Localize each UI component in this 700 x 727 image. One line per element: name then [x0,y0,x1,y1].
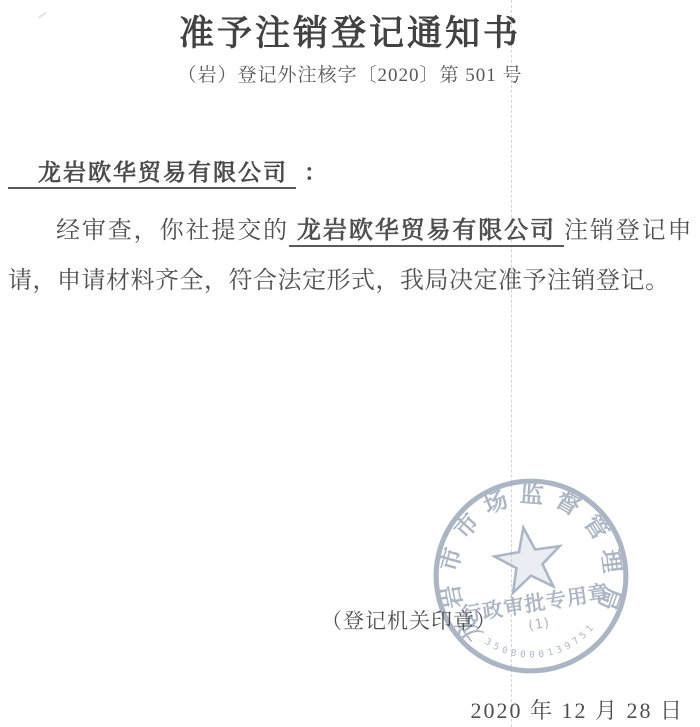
doc-number: （岩）登记外注核字〔2020〕第 501 号 [0,60,700,87]
page-title: 准予注销登记通知书 [0,6,700,56]
addressee-line: 龙岩欧华贸易有限公司： [8,154,327,187]
body-paragraph: 经审查，你社提交的龙岩欧华贸易有限公司注销登记申请，申请材料齐全，符合法定形式，… [8,206,692,306]
addressee-company-name: 龙岩欧华贸易有限公司 [8,160,296,189]
body-company-name: 龙岩欧华贸易有限公司 [289,218,564,247]
body-text-before: 经审查，你社提交的 [56,218,289,244]
addressee-colon: ： [304,160,327,185]
issue-date: 2020 年 12 月 28 日 [470,694,684,725]
seal-caption: （登记机关印章） [321,605,497,635]
official-seal: 龙岩市市场监督管理局 行政审批专用章 (1) 3508000139751 [429,474,633,678]
star-icon [491,522,566,594]
seal-number: (1) [526,616,552,635]
document-page: 准予注销登记通知书 （岩）登记外注核字〔2020〕第 501 号 龙岩欧华贸易有… [0,0,700,727]
